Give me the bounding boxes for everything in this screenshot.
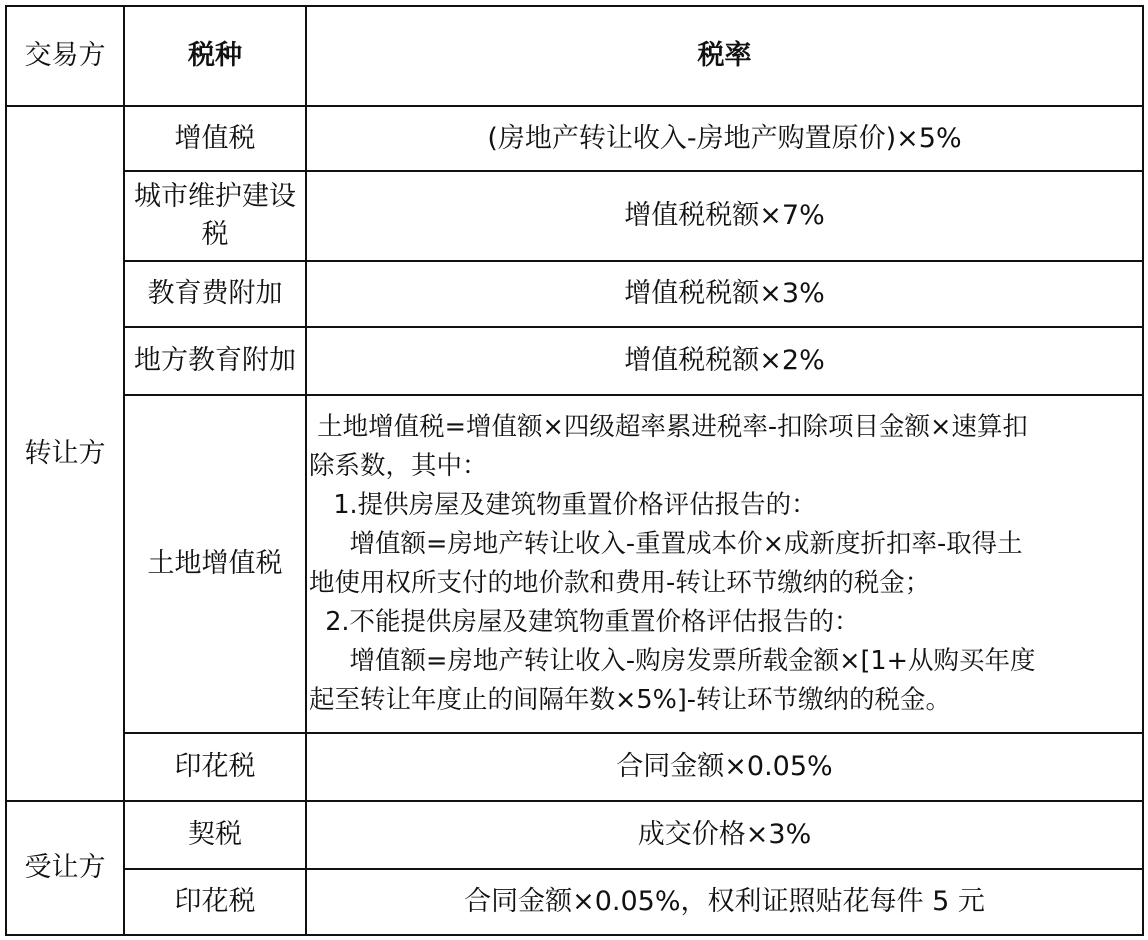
table-row: 受让方 契税 成交价格×3% bbox=[6, 801, 1143, 869]
tax-type-cell: 地方教育附加 bbox=[124, 327, 306, 395]
party-transferee: 受让方 bbox=[6, 801, 124, 935]
header-rate: 税率 bbox=[306, 6, 1143, 106]
header-party: 交易方 bbox=[6, 6, 124, 106]
rate-cell: 成交价格×3% bbox=[306, 801, 1143, 869]
rate-cell: (房地产转让收入-房地产购置原价)×5% bbox=[306, 106, 1143, 171]
rate-cell: 增值税税额×7% bbox=[306, 171, 1143, 261]
party-transferor: 转让方 bbox=[6, 106, 124, 801]
table-row: 印花税 合同金额×0.05%，权利证照贴花每件 5 元 bbox=[6, 869, 1143, 935]
tax-type-line: 税 bbox=[125, 216, 305, 254]
table-row: 教育费附加 增值税税额×3% bbox=[6, 261, 1143, 327]
tax-type-cell: 印花税 bbox=[124, 869, 306, 935]
table-row: 城市维护建设 税 增值税税额×7% bbox=[6, 171, 1143, 261]
header-tax-type: 税种 bbox=[124, 6, 306, 106]
header-row: 交易方 税种 税率 bbox=[6, 6, 1143, 106]
rate-cell: 合同金额×0.05%，权利证照贴花每件 5 元 bbox=[306, 869, 1143, 935]
rate-cell: 增值税税额×3% bbox=[306, 261, 1143, 327]
rate-line: 2.不能提供房屋及建筑物重置价格评估报告的： bbox=[309, 603, 1142, 642]
rate-cell-land-vat: 土地增值税=增值额×四级超率累进税率-扣除项目金额×速算扣 除系数，其中： 1.… bbox=[306, 395, 1143, 733]
table-row: 土地增值税 土地增值税=增值额×四级超率累进税率-扣除项目金额×速算扣 除系数，… bbox=[6, 395, 1143, 733]
rate-line: 起至转让年度止的间隔年数×5%]-转让环节缴纳的税金。 bbox=[309, 681, 1142, 720]
rate-line: 增值额=房地产转让收入-重置成本价×成新度折扣率-取得土 bbox=[309, 525, 1142, 564]
tax-type-cell: 契税 bbox=[124, 801, 306, 869]
rate-cell: 合同金额×0.05% bbox=[306, 733, 1143, 801]
rate-line: 地使用权所支付的地价款和费用-转让环节缴纳的税金； bbox=[309, 564, 1142, 603]
tax-type-cell: 土地增值税 bbox=[124, 395, 306, 733]
rate-line: 1.提供房屋及建筑物重置价格评估报告的： bbox=[309, 486, 1142, 525]
tax-type-cell: 印花税 bbox=[124, 733, 306, 801]
tax-table: 交易方 税种 税率 转让方 增值税 (房地产转让收入-房地产购置原价)×5% 城… bbox=[5, 5, 1144, 936]
tax-type-cell: 增值税 bbox=[124, 106, 306, 171]
tax-type-cell: 教育费附加 bbox=[124, 261, 306, 327]
rate-line: 除系数，其中： bbox=[309, 447, 1142, 486]
table-row: 转让方 增值税 (房地产转让收入-房地产购置原价)×5% bbox=[6, 106, 1143, 171]
rate-line: 增值额=房地产转让收入-购房发票所载金额×[1+从购买年度 bbox=[309, 642, 1142, 681]
rate-cell: 增值税税额×2% bbox=[306, 327, 1143, 395]
tax-type-line: 城市维护建设 bbox=[125, 178, 305, 216]
table-row: 印花税 合同金额×0.05% bbox=[6, 733, 1143, 801]
rate-line: 土地增值税=增值额×四级超率累进税率-扣除项目金额×速算扣 bbox=[309, 408, 1142, 447]
tax-type-cell: 城市维护建设 税 bbox=[124, 171, 306, 261]
table-row: 地方教育附加 增值税税额×2% bbox=[6, 327, 1143, 395]
